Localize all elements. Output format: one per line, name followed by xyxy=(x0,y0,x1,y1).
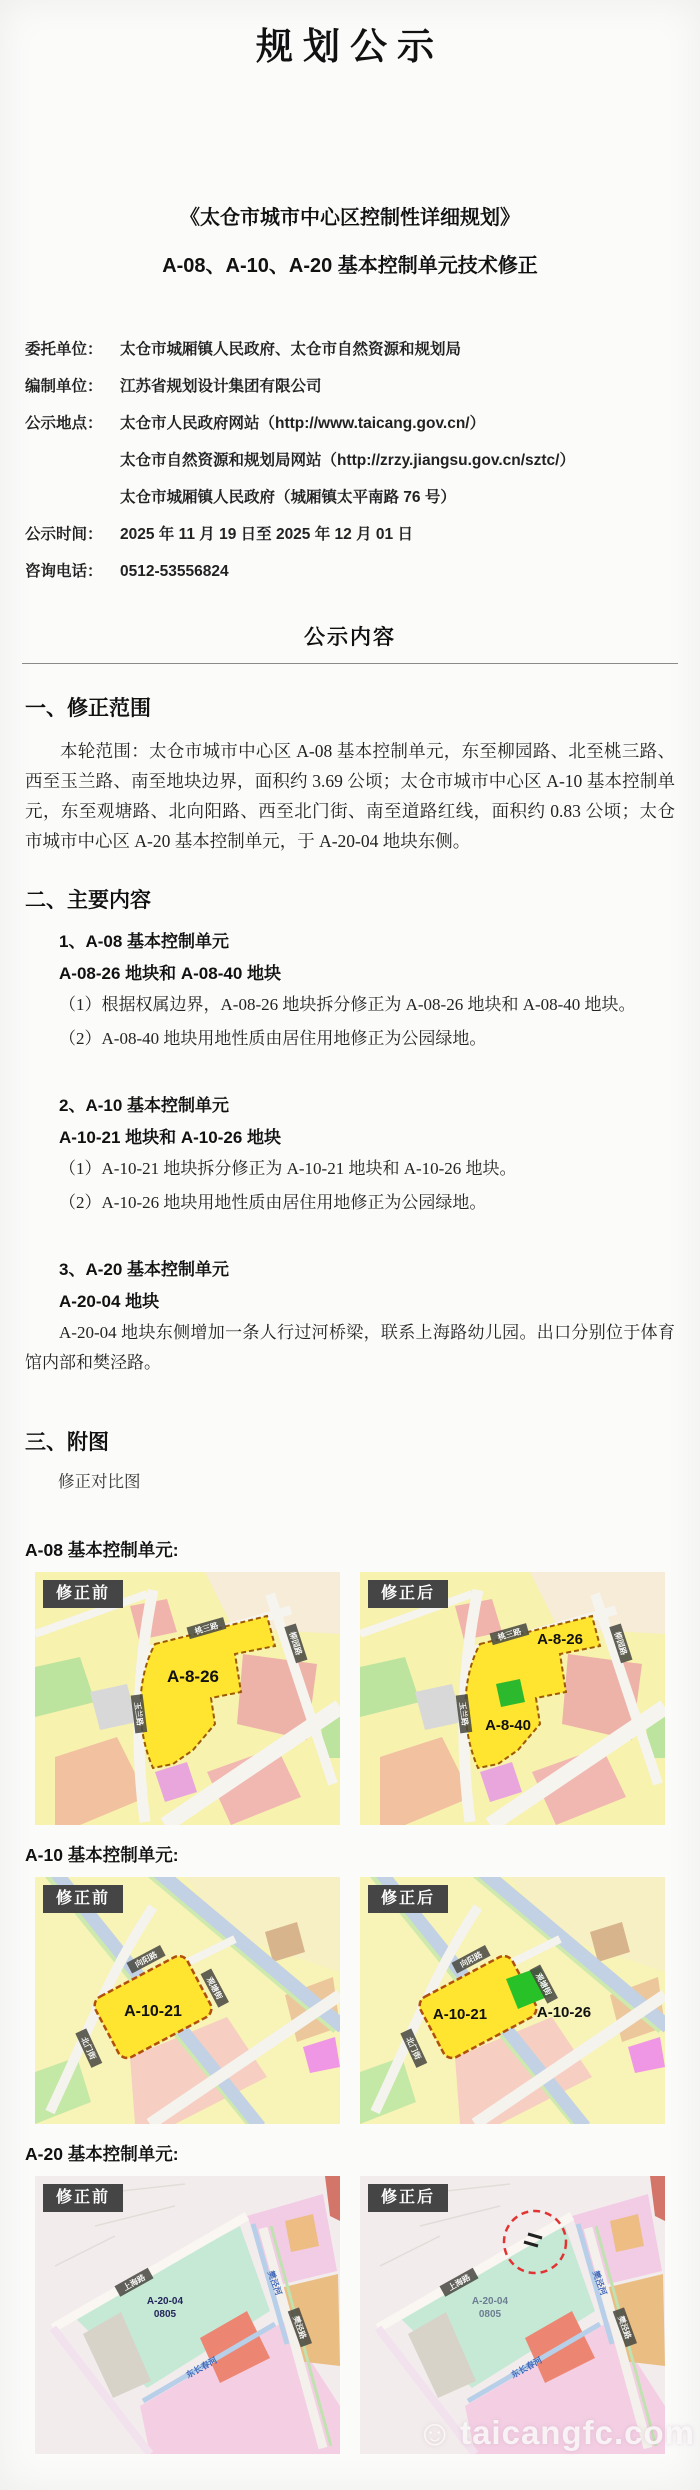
sub3-block-title: A-20-04 地块 xyxy=(25,1290,675,1314)
meta-label: 编制单位： xyxy=(25,375,120,398)
meta-location: 公示地点： 太仓市人民政府网站（http://www.taicang.gov.c… xyxy=(25,412,675,435)
map-a08-before: A-8-26 桃三路 柳园路 玉兰路 修正前 xyxy=(35,1572,340,1825)
meta-label: 咨询电话： xyxy=(25,560,120,583)
sub2-title: 2、A-10 基本控制单元 xyxy=(25,1094,675,1118)
parcel-label-a-20-04: A-20-04 xyxy=(472,2296,509,2307)
content-section-heading: 公示内容 xyxy=(0,621,700,651)
parcel-label-0805: 0805 xyxy=(479,2309,502,2320)
meta-value: 太仓市人民政府网站（http://www.taicang.gov.cn/） xyxy=(120,412,675,435)
map-group-a10-heading: A-10 基本控制单元: xyxy=(25,1843,675,1867)
meta-period: 公示时间： 2025 年 11 月 19 日至 2025 年 12 月 01 日 xyxy=(25,523,675,546)
sub1-title: 1、A-08 基本控制单元 xyxy=(25,930,675,954)
meta-block: 委托单位： 太仓市城厢镇人民政府、太仓市自然资源和规划局 编制单位： 江苏省规划… xyxy=(25,338,675,583)
sub1-item1: （1）根据权属边界，A-08-26 地块拆分修正为 A-08-26 地块和 A-… xyxy=(25,990,675,1020)
meta-label: 公示地点： xyxy=(25,412,120,435)
map-row-a08: A-8-26 桃三路 柳园路 玉兰路 修正前 xyxy=(35,1572,665,1825)
map-a10-after-svg: A-10-21 A-10-26 向阳路 观塘街 北门街 xyxy=(360,1877,665,2124)
map-a20-after: A-20-04 0805 上海路 樊泾河 樊泾路 东长春河 修正后 xyxy=(360,2176,665,2454)
meta-location-2: 太仓市自然资源和规划局网站（http://zrzy.jiangsu.gov.cn… xyxy=(25,449,675,472)
green-space-patch xyxy=(496,1679,525,1707)
parcel-label-a-8-40: A-8-40 xyxy=(485,1717,531,1734)
meta-phone: 咨询电话： 0512-53556824 xyxy=(25,560,675,583)
map-a08-before-svg: A-8-26 桃三路 柳园路 玉兰路 xyxy=(35,1572,340,1825)
map-row-a20: A-20-04 0805 上海路 樊泾河 樊泾路 东长春河 修正前 xyxy=(35,2176,665,2454)
map-row-a10: A-10-21 向阳路 观塘街 北门街 修正前 xyxy=(35,1877,665,2124)
parcel-label-a-10-26: A-10-26 xyxy=(537,2004,591,2021)
map-a20-before-svg: A-20-04 0805 上海路 樊泾河 樊泾路 东长春河 xyxy=(35,2176,340,2454)
sub1-block-title: A-08-26 地块和 A-08-40 地块 xyxy=(25,962,675,986)
parcel-label-a-10-21: A-10-21 xyxy=(433,2006,487,2023)
sub3-title: 3、A-20 基本控制单元 xyxy=(25,1258,675,1282)
plan-name-subtitle: 《太仓市城市中心区控制性详细规划》 xyxy=(0,204,700,232)
parcel-label-a-8-26: A-8-26 xyxy=(167,1667,219,1686)
meta-entrust: 委托单位： 太仓市城厢镇人民政府、太仓市自然资源和规划局 xyxy=(25,338,675,361)
sub2-block-title: A-10-21 地块和 A-10-26 地块 xyxy=(25,1126,675,1150)
map-group-a08-heading: A-08 基本控制单元: xyxy=(25,1538,675,1562)
badge-after: 修正后 xyxy=(368,2184,448,2212)
badge-after: 修正后 xyxy=(368,1885,448,1913)
section1-title: 一、修正范围 xyxy=(25,694,675,724)
parcel-label-a-20-04: A-20-04 xyxy=(147,2296,184,2307)
map-group-a20-heading: A-20 基本控制单元: xyxy=(25,2142,675,2166)
meta-label: 委托单位： xyxy=(25,338,120,361)
meta-label: 公示时间： xyxy=(25,523,120,546)
meta-value: 江苏省规划设计集团有限公司 xyxy=(120,375,675,398)
meta-value: 0512-53556824 xyxy=(120,560,675,583)
section3-title: 三、附图 xyxy=(25,1428,675,1458)
figure-note: 修正对比图 xyxy=(25,1470,675,1494)
map-a08-after-svg: A-8-26 A-8-40 桃三路 柳园路 玉兰路 xyxy=(360,1572,665,1825)
map-a20-after-svg: A-20-04 0805 上海路 樊泾河 樊泾路 东长春河 xyxy=(360,2176,665,2454)
meta-value: 太仓市城厢镇人民政府（城厢镇太平南路 76 号） xyxy=(120,486,675,509)
section1-paragraph: 本轮范围：太仓市城市中心区 A-08 基本控制单元，东至柳园路、北至桃三路、西至… xyxy=(25,736,675,856)
meta-value: 太仓市城厢镇人民政府、太仓市自然资源和规划局 xyxy=(120,338,675,361)
revision-subtitle: A-08、A-10、A-20 基本控制单元技术修正 xyxy=(0,252,700,280)
badge-before: 修正前 xyxy=(43,1580,123,1608)
sub3-item1: A-20-04 地块东侧增加一条人行过河桥梁，联系上海路幼儿园。出口分别位于体育… xyxy=(25,1318,675,1378)
badge-before: 修正前 xyxy=(43,1885,123,1913)
divider xyxy=(22,663,678,664)
map-a08-after: A-8-26 A-8-40 桃三路 柳园路 玉兰路 修正后 xyxy=(360,1572,665,1825)
meta-value: 太仓市自然资源和规划局网站（http://zrzy.jiangsu.gov.cn… xyxy=(120,449,675,472)
meta-location-3: 太仓市城厢镇人民政府（城厢镇太平南路 76 号） xyxy=(25,486,675,509)
parcel-label-a-8-26: A-8-26 xyxy=(537,1631,583,1648)
planning-announcement-page: 规划公示 《太仓市城市中心区控制性详细规划》 A-08、A-10、A-20 基本… xyxy=(0,0,700,2490)
page-title: 规划公示 xyxy=(0,0,700,70)
map-a10-after: A-10-21 A-10-26 向阳路 观塘街 北门街 修正后 xyxy=(360,1877,665,2124)
map-a10-before-svg: A-10-21 向阳路 观塘街 北门街 xyxy=(35,1877,340,2124)
sub2-item1: （1）A-10-21 地块拆分修正为 A-10-21 地块和 A-10-26 地… xyxy=(25,1154,675,1184)
sub1-item2: （2）A-08-40 地块用地性质由居住用地修正为公园绿地。 xyxy=(25,1024,675,1054)
badge-after: 修正后 xyxy=(368,1580,448,1608)
sub2-item2: （2）A-10-26 地块用地性质由居住用地修正为公园绿地。 xyxy=(25,1188,675,1218)
badge-before: 修正前 xyxy=(43,2184,123,2212)
meta-compiler: 编制单位： 江苏省规划设计集团有限公司 xyxy=(25,375,675,398)
meta-value: 2025 年 11 月 19 日至 2025 年 12 月 01 日 xyxy=(120,523,675,546)
parcel-label-a-10-21: A-10-21 xyxy=(124,2003,182,2020)
parcel-label-0805: 0805 xyxy=(154,2309,177,2320)
map-a20-before: A-20-04 0805 上海路 樊泾河 樊泾路 东长春河 修正前 xyxy=(35,2176,340,2454)
section2-title: 二、主要内容 xyxy=(25,886,675,916)
map-a10-before: A-10-21 向阳路 观塘街 北门街 修正前 xyxy=(35,1877,340,2124)
